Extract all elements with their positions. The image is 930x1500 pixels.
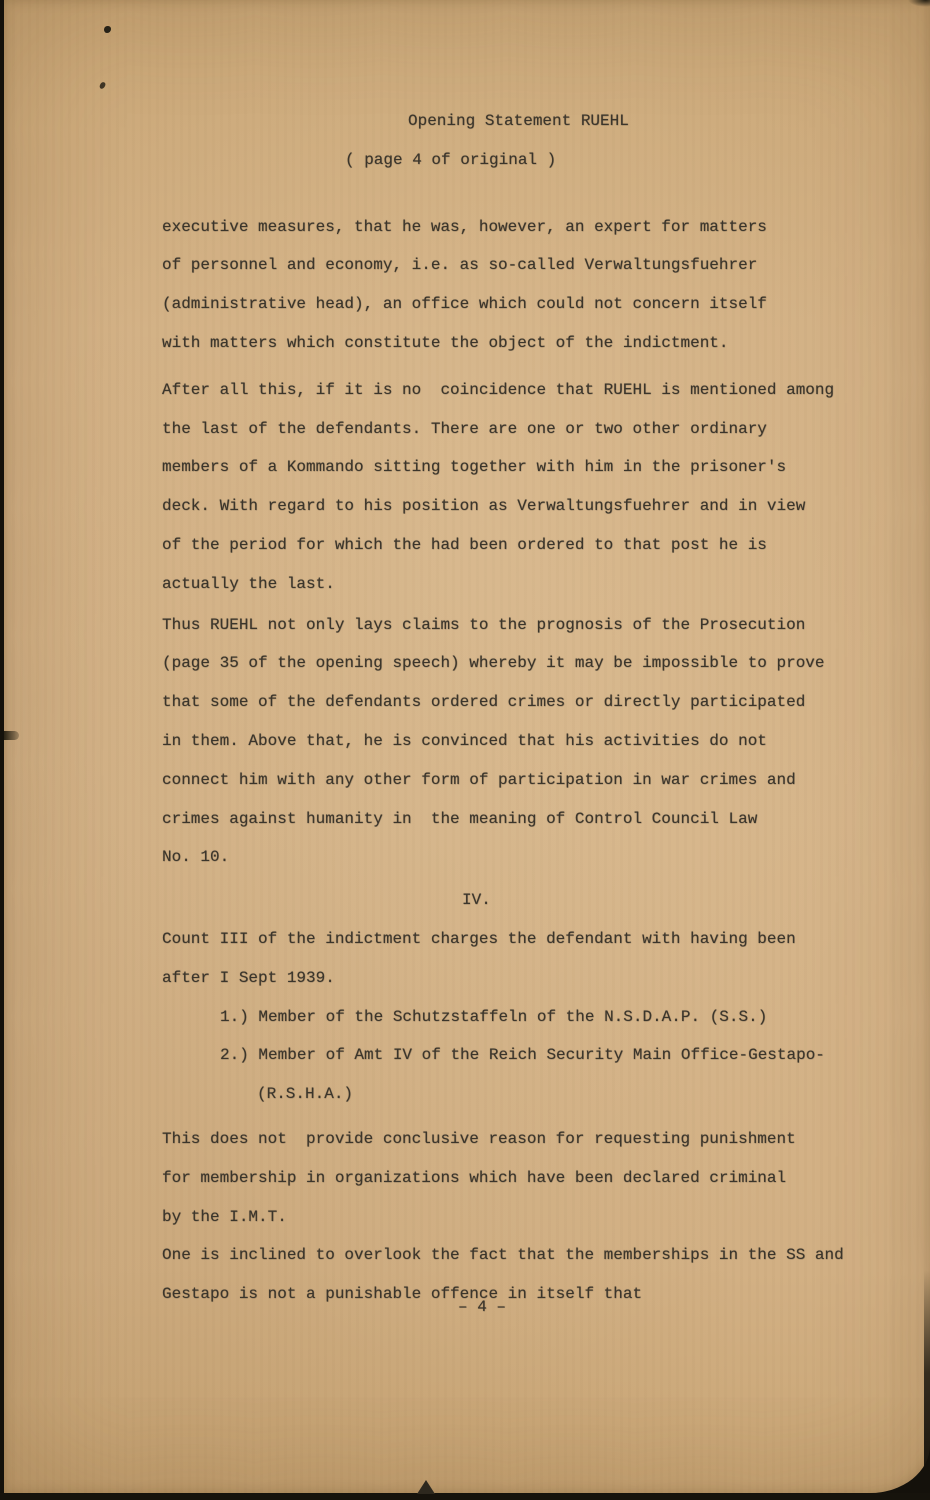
text-line: Count III of the indictment charges the … [162,920,862,959]
document-body: executive measures, that he was, however… [162,208,862,1327]
text-line: the last of the defendants. There are on… [162,410,862,449]
ink-spot [104,26,111,33]
document-title: Opening Statement RUEHL [408,102,862,141]
text-line: with matters which constitute the object… [162,324,862,363]
text-line: of the period for which the had been ord… [162,526,862,565]
text-line: No. 10. [162,838,862,877]
charges-list: 1.) Member of the Schutzstaffeln of the … [162,998,862,1114]
film-notch-triangle [417,1480,435,1494]
charge-item-2-continuation: (R.S.H.A.) [257,1075,862,1114]
text-line: deck. With regard to his position as Ver… [162,487,862,526]
text-line: executive measures, that he was, however… [162,208,862,247]
ink-spot [99,81,106,89]
text-line: This does not provide conclusive reason … [162,1120,862,1159]
text-line: Thus RUEHL not only lays claims to the p… [162,606,862,645]
text-line: for membership in organizations which ha… [162,1159,862,1198]
scan-edge-shadow [924,1270,930,1500]
text-line: One is inclined to overlook the fact tha… [162,1236,862,1275]
text-line: (page 35 of the opening speech) whereby … [162,644,862,683]
paragraph: This does not provide conclusive reason … [162,1120,862,1236]
text-line: by the I.M.T. [162,1198,862,1237]
scan-bottom-edge [0,1493,930,1500]
section-heading: IV. [462,881,862,920]
text-line: that some of the defendants ordered crim… [162,683,862,722]
text-line: connect him with any other form of parti… [162,761,862,800]
scan-smudge [908,0,930,7]
paragraph: executive measures, that he was, however… [162,208,862,363]
charge-item-2: 2.) Member of Amt IV of the Reich Securi… [220,1036,862,1075]
charge-item-1: 1.) Member of the Schutzstaffeln of the … [220,998,862,1037]
text-line: actually the last. [162,565,862,604]
text-line: members of a Kommando sitting together w… [162,448,862,487]
text-line: crimes against humanity in the meaning o… [162,800,862,839]
paragraph: After all this, if it is no coincidence … [162,371,862,604]
text-line: in them. Above that, he is convinced tha… [162,722,862,761]
page-edge-tear [4,731,19,740]
paragraph: Thus RUEHL not only lays claims to the p… [162,606,862,878]
document-page: Opening Statement RUEHL ( page 4 of orig… [4,0,930,1493]
paragraph: Count III of the indictment charges the … [162,920,862,998]
text-line: after I Sept 1939. [162,959,862,998]
scanned-document-background: Opening Statement RUEHL ( page 4 of orig… [0,0,930,1500]
document-content: Opening Statement RUEHL ( page 4 of orig… [162,102,862,1327]
text-line: After all this, if it is no coincidence … [162,371,862,410]
text-line: (administrative head), an office which c… [162,285,862,324]
document-subtitle: ( page 4 of original ) [345,141,862,180]
text-line: of personnel and economy, i.e. as so-cal… [162,246,862,285]
